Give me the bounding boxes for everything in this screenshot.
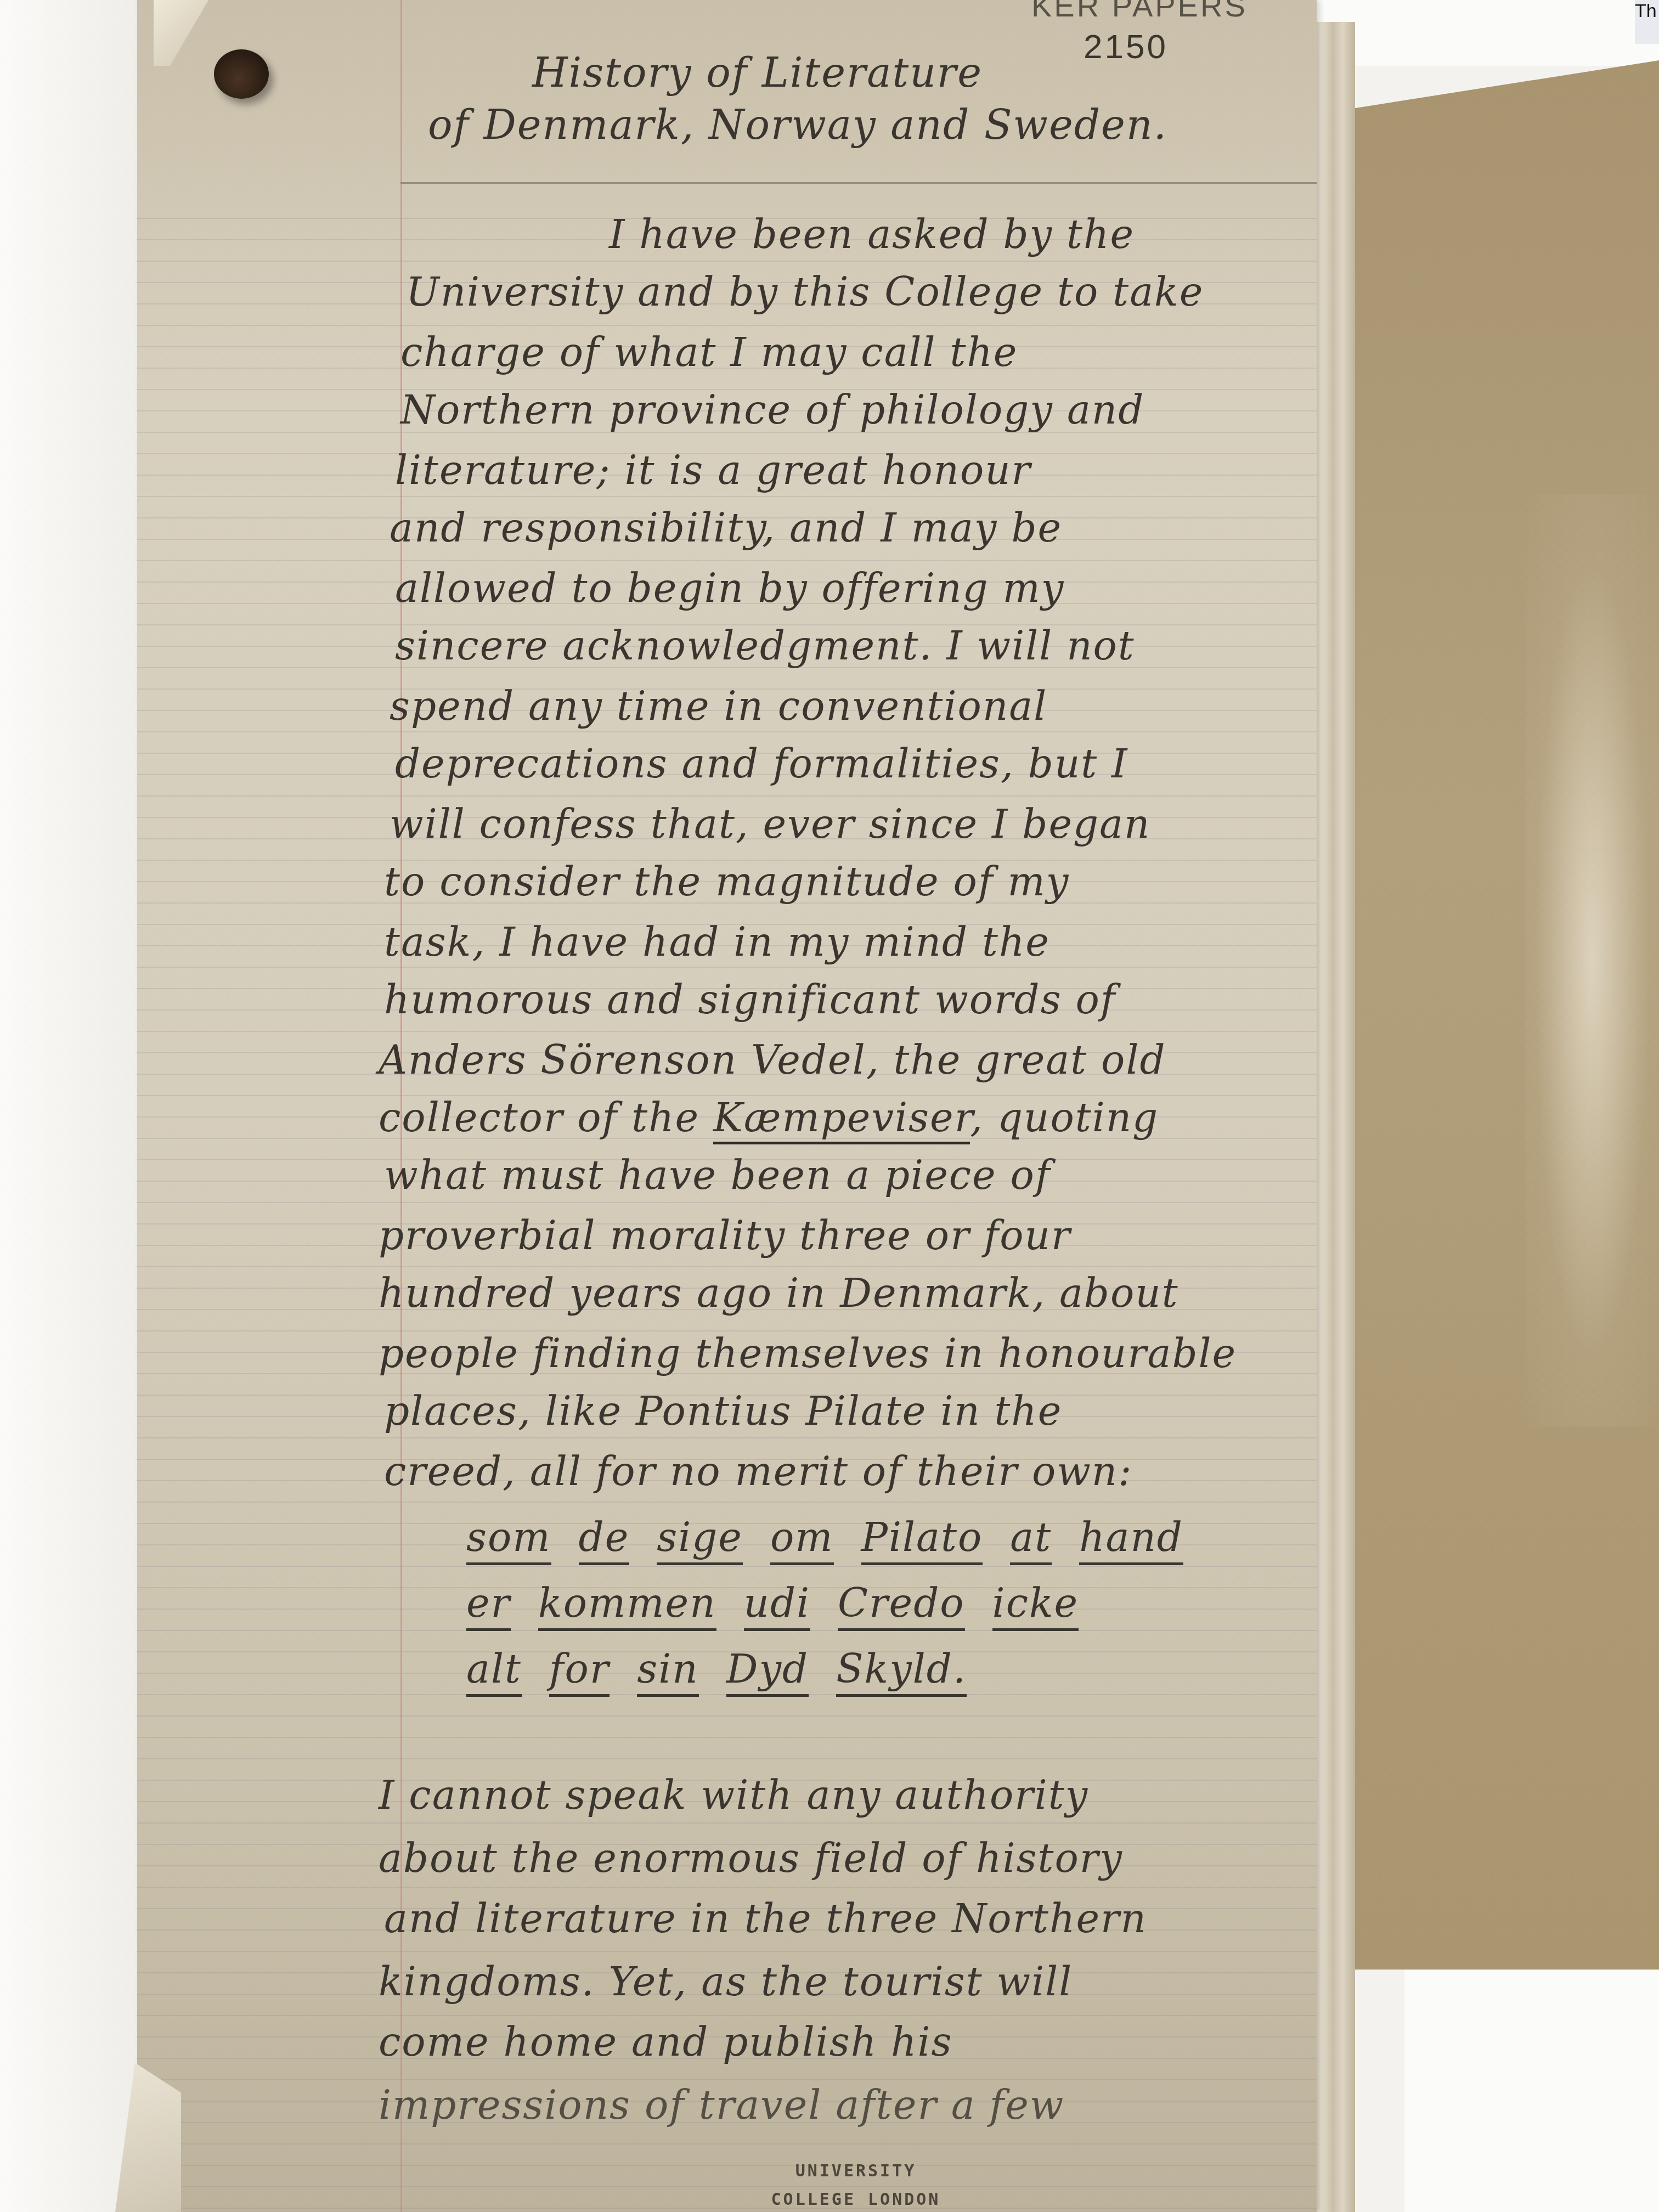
body-line: proverbial morality three or four (379, 1212, 1071, 1259)
quote-word: Dyd (726, 1646, 809, 1697)
body-line: Northern province of philology and (400, 387, 1144, 433)
quote-word: kommen (538, 1580, 716, 1631)
body-line: charge of what I may call the (400, 329, 1018, 375)
collector-line: collector of the Kæmpeviser, quoting (379, 1094, 1159, 1141)
header-rule (400, 182, 1317, 184)
background-label: Th (1635, 0, 1659, 44)
body-line: what must have been a piece of (384, 1152, 1051, 1198)
body-line: hundred years ago in Denmark, about (379, 1270, 1179, 1316)
quote-word: sin (637, 1646, 698, 1697)
title-line-2: of Denmark, Norway and Sweden. (428, 101, 1167, 149)
kaempeviser-term: Kæmpeviser (713, 1094, 970, 1144)
body-line: and responsibility, and I may be (390, 505, 1062, 551)
body-line: impressions of travel after a few (379, 2082, 1064, 2128)
quote-word: udi (744, 1580, 811, 1631)
quote-word: som (466, 1514, 551, 1565)
title-line-1: History of Literature (532, 49, 983, 97)
body-line: I have been asked by the (609, 211, 1135, 257)
body-line: people finding themselves in honourable (379, 1330, 1237, 1376)
quote-word: Pilato (861, 1514, 983, 1565)
body-line: come home and publish his (379, 2019, 952, 2065)
body-line: and literature in the three Northern (384, 1895, 1147, 1942)
body-line: task, I have had in my mind the (384, 919, 1050, 965)
body-line: University and by this College to take (406, 269, 1204, 315)
body-line: Anders Sörenson Vedel, the great old (379, 1037, 1166, 1083)
body-line: will confess that, ever since I began (390, 801, 1150, 847)
stamp-line-1: UNIVERSITY (746, 2162, 966, 2181)
brad-fastener-icon (214, 49, 269, 99)
envelope-glare (1525, 494, 1659, 1426)
table-surface (0, 0, 143, 2212)
body-line: places, like Pontius Pilate in the (384, 1388, 1062, 1434)
body-line: I cannot speak with any authority (379, 1772, 1088, 1818)
background-sheet-bottom (1404, 1970, 1659, 2212)
quote-word: om (770, 1514, 834, 1565)
quote-word: Credo (838, 1580, 965, 1631)
quote-word: for (549, 1646, 610, 1697)
body-line: literature; it is a great honour (395, 447, 1031, 493)
quote-word: at (1010, 1514, 1052, 1565)
body-line: kingdoms. Yet, as the tourist will (379, 1959, 1073, 2005)
body-line: deprecations and formalities, but I (395, 741, 1128, 787)
quote-word: de (579, 1514, 630, 1565)
quote-word: er (466, 1580, 511, 1631)
collector-text-after: , quoting (970, 1094, 1159, 1141)
quote-word: icke (992, 1580, 1079, 1631)
body-line: about the enormous field of history (379, 1835, 1123, 1881)
body-line: to consider the magnitude of my (384, 859, 1069, 905)
body-line: spend any time in conventional (390, 683, 1047, 729)
collector-text-before: collector of the (379, 1094, 713, 1141)
stamp-line-2: COLLEGE LONDON (735, 2190, 977, 2209)
quote-word: sige (657, 1514, 743, 1565)
body-line: allowed to begin by offering my (395, 565, 1064, 611)
body-line: creed, all for no merit of their own: (384, 1448, 1132, 1494)
quote-word: hand (1079, 1514, 1183, 1565)
quote-word: alt (466, 1646, 522, 1697)
collection-mark: KER PAPERS (1031, 0, 1248, 24)
quotation-line-3: altforsinDydSkyld. (466, 1646, 994, 1697)
quote-word: Skyld. (836, 1646, 967, 1697)
quotation-line-2: erkommenudiCredoicke (466, 1580, 1106, 1631)
reference-number: 2150 (1084, 27, 1168, 66)
body-line: sincere acknowledgment. I will not (395, 623, 1135, 669)
quotation-line-1: somdesigeomPilatoathand (466, 1514, 1211, 1565)
body-line: humorous and significant words of (384, 977, 1116, 1023)
